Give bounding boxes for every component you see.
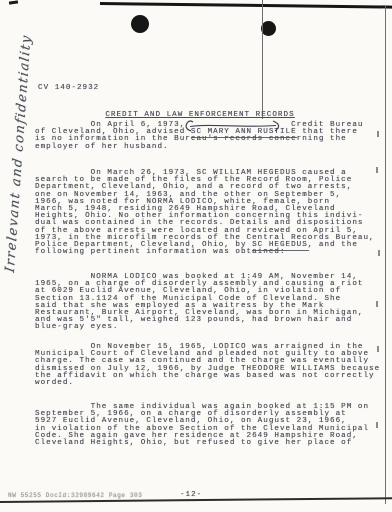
paragraph-3: NORMA LODICO was booked at 1:49 AM, Nove… xyxy=(35,274,380,332)
paragraph-2: On March 26, 1973, SC WILLIAM HEGEDUS ca… xyxy=(35,170,380,256)
text-line: blue-gray eyes. xyxy=(35,324,380,331)
scan-artifact-dash xyxy=(9,0,18,4)
case-number: CV 140-2932 xyxy=(38,84,99,92)
text-line: worded. xyxy=(35,380,380,387)
page-number: -12- xyxy=(180,491,202,499)
text-line: Cleveland Heights, Ohio, but refused to … xyxy=(35,440,380,447)
paragraph-5: The same individual was again booked at … xyxy=(35,404,380,447)
document-title: CREDIT AND LAW ENFORCEMENT RECORDS xyxy=(35,111,365,119)
archive-stamp: NW 55255 DocId:32989642 Page 303 xyxy=(8,492,142,499)
hole-punch-mark-right xyxy=(261,21,276,36)
text-line: following pertinent information was obta… xyxy=(35,249,380,256)
text-line: the affidavit on which the charge was ba… xyxy=(35,373,380,380)
hole-punch-mark-left xyxy=(131,15,149,33)
redaction-mark xyxy=(181,119,285,133)
scan-edge-top-line xyxy=(100,2,392,9)
fold-crease-line xyxy=(262,0,263,119)
scanned-document-page: Irrelevant and confidentiality CV 140-29… xyxy=(0,0,392,512)
page-edge-right xyxy=(385,6,386,504)
handwritten-margin-note: Irrelevant and confidentiality xyxy=(3,22,35,274)
underline-mark-hegedus xyxy=(252,250,309,251)
text-line: employer of her husband. xyxy=(35,144,380,151)
paragraph-4: On November 15, 1965, LODICO was arraign… xyxy=(35,344,380,387)
underline-mark-rustile xyxy=(191,137,297,138)
